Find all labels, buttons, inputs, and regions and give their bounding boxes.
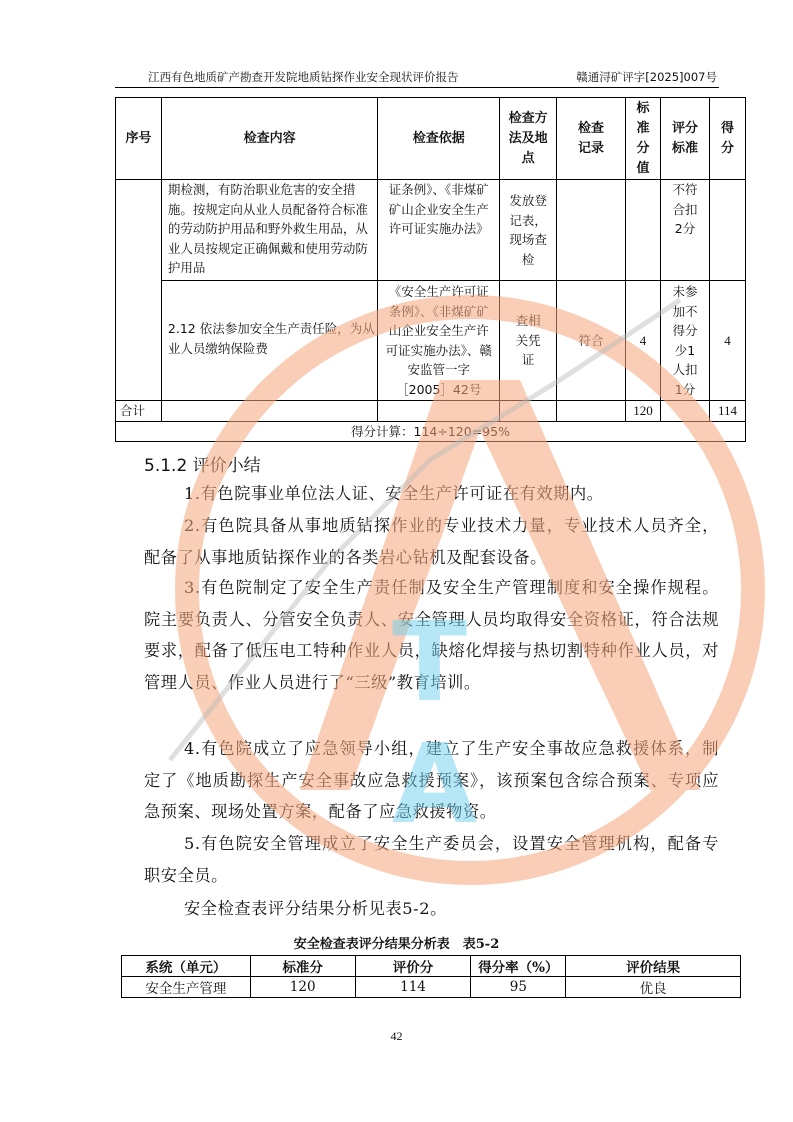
empty-cell — [378, 401, 500, 422]
col-header-result: 评价结果 — [566, 956, 741, 977]
col-header-content: 检查内容 — [161, 98, 377, 180]
col-header-basis: 检查依据 — [378, 98, 500, 180]
col-header-score: 得分 — [709, 98, 745, 180]
paragraph-2: 2.有色院具备从事地质钻探作业的专业技术力量，专业技术人员齐全，配备了从事地质钻… — [144, 510, 719, 573]
col-header-evaluated: 评价分 — [355, 956, 471, 977]
total-score: 114 — [709, 401, 745, 422]
table2-caption: 安全检查表评分结果分析表 表5-2 — [0, 933, 793, 952]
page-header: 江西有色地质矿产勘查开发院地质钻探作业安全现状评价报告 赣通浔矿评字[2025]… — [115, 68, 719, 88]
report-title: 江西有色地质矿产勘查开发院地质钻探作业安全现状评价报告 — [148, 69, 459, 85]
col-header-standard: 标准分值 — [626, 98, 661, 180]
safety-checklist-table: 序号 检查内容 检查依据 检查方法及地点 检查记录 标准分值 评分标准 得分 期… — [115, 97, 746, 442]
col-header-rate: 得分率（%） — [471, 956, 566, 977]
row-basis: 证条例》、《非煤矿矿山企业安全生产许可证实施办法》 — [378, 180, 500, 281]
empty-cell — [161, 401, 377, 422]
col-header-method: 检查方法及地点 — [500, 98, 557, 180]
paragraph-4: 4.有色院成立了应急领导小组，建立了生产安全事故应急救援体系，制定了《地质勘探生… — [144, 733, 719, 828]
col-header-system: 系统（单元） — [122, 956, 251, 977]
row-standard: 4 — [626, 281, 661, 401]
col-header-no: 序号 — [116, 98, 162, 180]
row-score — [709, 180, 745, 281]
paragraph-1: 1.有色院事业单位法人证、安全生产许可证在有效期内。 — [144, 478, 719, 510]
col-header-record: 检查记录 — [557, 98, 626, 180]
empty-cell — [661, 401, 710, 422]
cell-evaluated: 114 — [355, 977, 471, 998]
cell-result: 优良 — [566, 977, 741, 998]
row-content: 期检测，有防治职业危害的安全措施。按规定向从业人员配备符合标准的劳动防护用品和野… — [161, 180, 377, 281]
row-score: 4 — [709, 281, 745, 401]
page-number: 42 — [0, 1029, 793, 1044]
table-row: 期检测，有防治职业危害的安全措施。按规定向从业人员配备符合标准的劳动防护用品和野… — [116, 180, 746, 281]
empty-cell — [500, 401, 557, 422]
row-no — [116, 180, 162, 401]
row-record — [557, 180, 626, 281]
table-header-row: 序号 检查内容 检查依据 检查方法及地点 检查记录 标准分值 评分标准 得分 — [116, 98, 746, 180]
calc-row: 得分计算：114÷120=95% — [116, 421, 746, 442]
col-header-standard: 标准分 — [250, 956, 355, 977]
table-header-row: 系统（单元） 标准分 评价分 得分率（%） 评价结果 — [122, 956, 741, 977]
row-content: 2.12 依法参加安全生产责任险，为从业人员缴纳保险费 — [161, 281, 377, 401]
document-number: 赣通浔矿评字[2025]007号 — [576, 69, 717, 85]
row-basis: 《安全生产许可证条例》、《非煤矿矿山企业安全生产许可证实施办法》、赣安监管一字［… — [378, 281, 500, 401]
paragraph-ref: 安全检查表评分结果分析见表5-2。 — [144, 893, 719, 925]
table-row: 安全生产管理 120 114 95 优良 — [122, 977, 741, 998]
cell-standard: 120 — [250, 977, 355, 998]
table-row: 2.12 依法参加安全生产责任险，为从业人员缴纳保险费 《安全生产许可证条例》、… — [116, 281, 746, 401]
col-header-criteria: 评分标准 — [661, 98, 710, 180]
section-heading: 5.1.2 评价小结 — [144, 451, 261, 476]
total-row: 合计 120 114 — [116, 401, 746, 422]
paragraph-3: 3.有色院制定了安全生产责任制及安全生产管理制度和安全操作规程。院主要负责人、分… — [144, 572, 719, 698]
row-method: 发放登记表，现场查检 — [500, 180, 557, 281]
row-criteria: 不符合扣2分 — [661, 180, 710, 281]
empty-cell — [557, 401, 626, 422]
paragraph-5: 5.有色院安全管理成立了安全生产委员会，设置安全管理机构，配备专职安全员。 — [144, 828, 719, 891]
row-standard — [626, 180, 661, 281]
score-analysis-table: 系统（单元） 标准分 评价分 得分率（%） 评价结果 安全生产管理 120 11… — [121, 955, 741, 998]
total-standard: 120 — [626, 401, 661, 422]
row-criteria: 未参加不得分少1人扣1分 — [661, 281, 710, 401]
cell-system: 安全生产管理 — [122, 977, 251, 998]
total-label: 合计 — [116, 401, 162, 422]
score-calculation: 得分计算：114÷120=95% — [116, 421, 746, 442]
cell-rate: 95 — [471, 977, 566, 998]
row-method: 查相关凭证 — [500, 281, 557, 401]
row-record: 符合 — [557, 281, 626, 401]
